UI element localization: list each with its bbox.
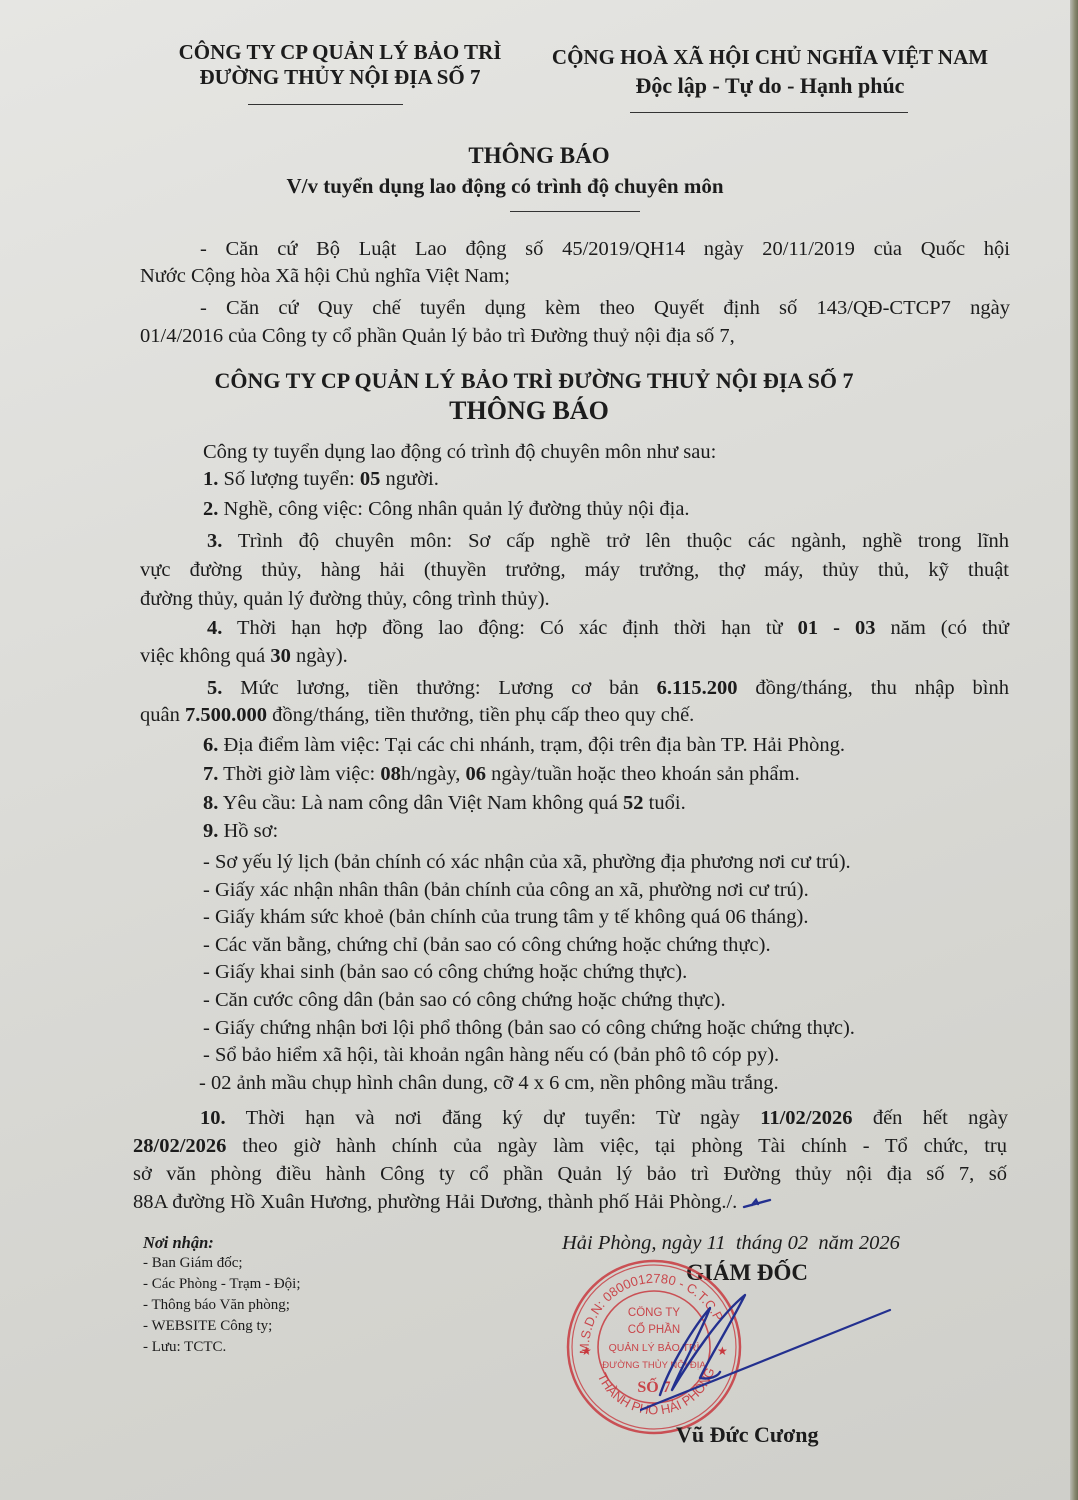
item-9-text: Hồ sơ: — [218, 820, 278, 842]
item-9-number: 9. — [203, 820, 218, 842]
item-1-unit: người. — [380, 468, 438, 490]
item-3-text: Trình độ chuyên môn: Sơ cấp nghề trở lên… — [222, 530, 1009, 552]
dossier-item: - Giấy khai sinh (bản sao có công chứng … — [203, 959, 855, 987]
place-date: Hải Phòng, ngày 11 tháng 02 năm 2026 — [562, 1232, 900, 1255]
issuer-announce: THÔNG BÁO — [0, 396, 1078, 426]
document-title: THÔNG BÁO — [0, 143, 1078, 169]
item-4-line1: 4. Thời hạn hợp đồng lao động: Có xác đị… — [207, 617, 1009, 640]
item-5-text-end: đồng/tháng, tiền thưởng, tiền phụ cấp th… — [267, 704, 694, 726]
preamble-1-line1: - Căn cứ Bộ Luật Lao động số 45/2019/QH1… — [200, 238, 1010, 261]
item-10-line1: 10. Thời hạn và nơi đăng ký dự tuyển: Từ… — [200, 1107, 1008, 1130]
dossier-item: - Các văn bằng, chứng chỉ (bản sao có cô… — [203, 932, 855, 960]
recipient-item: - Thông báo Văn phòng; — [143, 1295, 301, 1316]
item-5-number: 5. — [207, 677, 222, 699]
preamble-1-line2: Nước Cộng hòa Xã hội Chủ nghĩa Việt Nam; — [140, 265, 510, 288]
item-8-label: Yêu cầu: Là nam công dân Việt Nam không … — [218, 792, 623, 814]
item-7-mid: h/ngày, — [401, 763, 466, 785]
org-name-line2: ĐƯỜNG THỦY NỘI ĐỊA SỐ 7 — [140, 65, 540, 90]
item-8-unit: tuổi. — [644, 792, 686, 814]
intro-text: Công ty tuyển dụng lao động có trình độ … — [203, 441, 716, 464]
item-7-days-value: 06 — [466, 763, 487, 785]
item-8-requirement: 8. Yêu cầu: Là nam công dân Việt Nam khô… — [203, 792, 686, 815]
org-name-line1: CÔNG TY CP QUẢN LÝ BẢO TRÌ — [140, 40, 540, 65]
item-7-label: Thời giờ làm việc: — [218, 763, 380, 785]
recipient-item: - Các Phòng - Trạm - Đội; — [143, 1274, 301, 1295]
item-5-text: Mức lương, tiền thưởng: Lương cơ bản — [222, 677, 656, 699]
item-5-text-mid: đồng/tháng, thu nhập bình — [738, 677, 1009, 699]
item-5-line2: quân 7.500.000 đồng/tháng, tiền thưởng, … — [140, 704, 694, 727]
item-5-line1: 5. Mức lương, tiền thưởng: Lương cơ bản … — [207, 677, 1009, 700]
item-4-probation-label: việc không quá — [140, 645, 270, 667]
item-8-number: 8. — [203, 792, 218, 814]
national-header-rule — [630, 112, 908, 113]
item-10-end-date: 28/02/2026 — [133, 1135, 226, 1157]
item-3-line3: đường thủy, quản lý đường thủy, công trì… — [140, 588, 550, 611]
item-4-probation-unit: ngày). — [291, 645, 348, 667]
recipient-item: - Ban Giám đốc; — [143, 1253, 301, 1274]
item-1-label: Số lượng tuyển: — [218, 468, 360, 490]
recipient-item: - WEBSITE Công ty; — [143, 1316, 301, 1337]
item-5-avg-label: quân — [140, 704, 185, 726]
item-6-number: 6. — [203, 734, 218, 756]
item-5-avg-income: 7.500.000 — [185, 704, 267, 726]
dossier-item: - Giấy khám sức khoẻ (bản chính của trun… — [203, 904, 855, 932]
org-header: CÔNG TY CP QUẢN LÝ BẢO TRÌ ĐƯỜNG THỦY NỘ… — [140, 40, 540, 90]
item-4-probation-days: 30 — [270, 645, 291, 667]
item-8-age: 52 — [623, 792, 644, 814]
recipient-item: - Lưu: TCTC. — [143, 1337, 301, 1358]
item-3-number: 3. — [207, 530, 222, 552]
signer-name: Vũ Đức Cương — [676, 1422, 818, 1448]
item-10-label: Thời hạn và nơi đăng ký dự tuyển: Từ ngà… — [226, 1107, 761, 1129]
item-2-text: Nghề, công việc: Công nhân quản lý đường… — [218, 498, 689, 520]
item-4-text: Thời hạn hợp đồng lao động: Có xác định … — [222, 617, 797, 639]
item-10-number: 10. — [200, 1107, 226, 1129]
item-6-location: 6. Địa điểm làm việc: Tại các chi nhánh,… — [203, 734, 845, 757]
title-rule — [510, 211, 640, 212]
page-edge-shadow — [1070, 0, 1078, 1500]
document-subject: V/v tuyển dụng lao động có trình độ chuy… — [0, 174, 1010, 199]
item-1-number: 1. — [203, 468, 218, 490]
item-2-number: 2. — [203, 498, 218, 520]
item-10-line4: 88A đường Hồ Xuân Hương, phường Hải Dươn… — [133, 1191, 774, 1214]
preamble-2-line1: - Căn cứ Quy chế tuyển dụng kèm theo Quy… — [200, 297, 1010, 320]
item-4-number: 4. — [207, 617, 222, 639]
item-1-value: 05 — [360, 468, 381, 490]
preamble-2-line2: 01/4/2016 của Công ty cổ phần Quản lý bả… — [140, 325, 735, 348]
item-3-line2: vực đường thủy, hàng hải (thuyền trưởng,… — [140, 559, 1009, 582]
item-3-line1: 3. Trình độ chuyên môn: Sơ cấp nghề trở … — [207, 530, 1009, 553]
item-10-line3: sở văn phòng điều hành Công ty cổ phần Q… — [133, 1163, 1007, 1186]
item-4-text-mid: năm (có thử — [875, 617, 1009, 639]
item-10-mid: đến hết ngày — [852, 1107, 1008, 1129]
item-7-number: 7. — [203, 763, 218, 785]
item-6-text: Địa điểm làm việc: Tại các chi nhánh, tr… — [218, 734, 845, 756]
dossier-item: - Giấy xác nhận nhân thân (bản chính của… — [203, 877, 855, 905]
national-motto: Độc lập - Tự do - Hạnh phúc — [530, 73, 1010, 98]
item-10-text: theo giờ hành chính của ngày làm việc, t… — [226, 1135, 1007, 1157]
item-4-term: 01 - 03 — [798, 617, 876, 639]
issuer-company: CÔNG TY CP QUẢN LÝ BẢO TRÌ ĐƯỜNG THUỶ NỘ… — [0, 368, 1078, 394]
item-7-end: ngày/tuần hoặc theo khoán sản phẩm. — [486, 763, 800, 785]
item-10-address: 88A đường Hồ Xuân Hương, phường Hải Dươn… — [133, 1191, 737, 1213]
dossier-item: - Căn cước công dân (bản sao có công chứ… — [203, 987, 855, 1015]
national-title: CỘNG HOÀ XÃ HỘI CHỦ NGHĨA VIỆT NAM — [530, 45, 1010, 70]
pen-mark-icon — [742, 1196, 774, 1210]
dossier-item: - 02 ảnh mầu chụp hình chân dung, cỡ 4 x… — [199, 1070, 855, 1098]
org-header-rule — [248, 104, 403, 105]
signature-icon — [640, 1290, 940, 1430]
item-1-quantity: 1. Số lượng tuyển: 05 người. — [203, 468, 439, 491]
dossier-item: - Sơ yếu lý lịch (bản chính có xác nhận … — [203, 849, 855, 877]
dossier-list: - Sơ yếu lý lịch (bản chính có xác nhận … — [203, 849, 855, 1097]
item-2-job: 2. Nghề, công việc: Công nhân quản lý đư… — [203, 498, 690, 521]
item-5-base-salary: 6.115.200 — [657, 677, 738, 699]
item-7-hours-value: 08 — [380, 763, 401, 785]
item-4-line2: việc không quá 30 ngày). — [140, 645, 348, 668]
dossier-item: - Giấy chứng nhận bơi lội phổ thông (bản… — [203, 1015, 855, 1043]
svg-text:★: ★ — [581, 1344, 592, 1358]
national-header: CỘNG HOÀ XÃ HỘI CHỦ NGHĨA VIỆT NAM Độc l… — [530, 45, 1010, 98]
item-7-hours: 7. Thời giờ làm việc: 08h/ngày, 06 ngày/… — [203, 763, 800, 786]
dossier-item: - Sổ bảo hiểm xã hội, tài khoản ngân hàn… — [203, 1042, 855, 1070]
recipients-block: Nơi nhận: - Ban Giám đốc; - Các Phòng - … — [143, 1232, 301, 1358]
item-10-start-date: 11/02/2026 — [760, 1107, 852, 1129]
recipients-title: Nơi nhận: — [143, 1232, 301, 1253]
item-10-line2: 28/02/2026 theo giờ hành chính của ngày … — [133, 1135, 1007, 1158]
item-9-dossier: 9. Hồ sơ: — [203, 820, 278, 843]
